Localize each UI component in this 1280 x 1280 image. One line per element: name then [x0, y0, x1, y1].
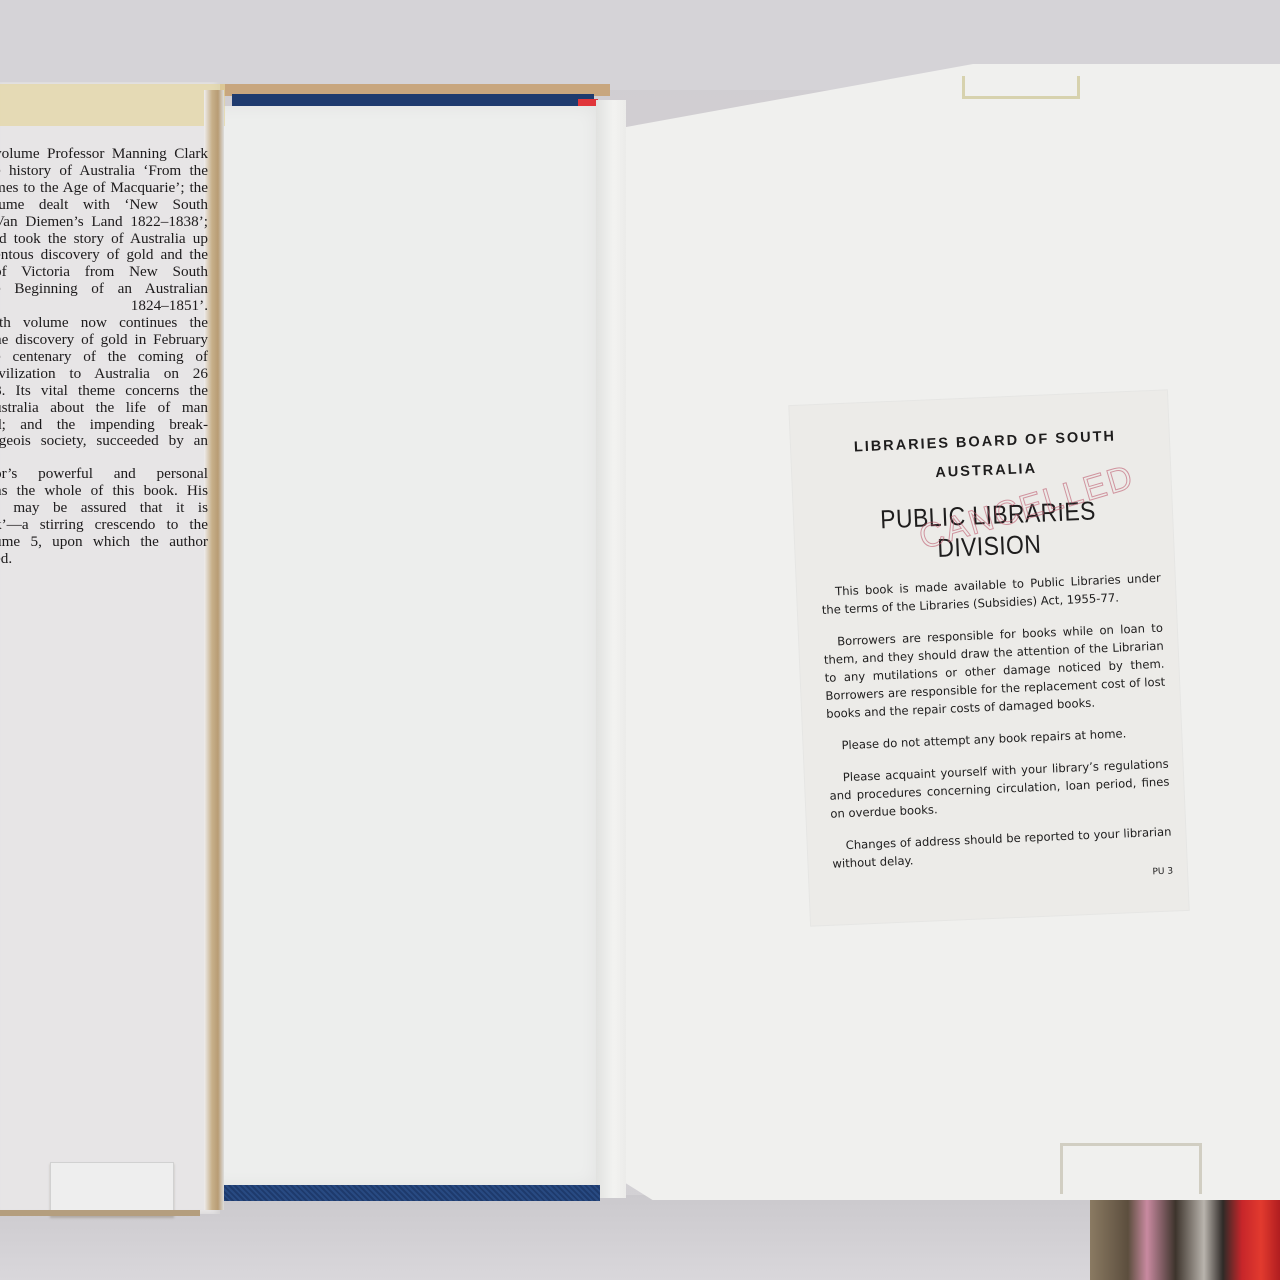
flap-line: rth volume now continues the: [0, 315, 208, 332]
flap-line: ivilization to Australia on 26: [0, 366, 208, 383]
page-hinge: [596, 100, 626, 1198]
slip-paragraph: Please acquaint yourself with your libra…: [828, 755, 1170, 823]
flap-line: ustralia about the life of man: [0, 400, 208, 417]
flap-line: of Victoria from New South: [0, 264, 208, 281]
flap-line: e centenary of the coming of: [0, 349, 208, 366]
slip-paragraph: This book is made available to Public Li…: [821, 569, 1162, 619]
tape-stain-top: [962, 76, 1080, 99]
flap-line: ume 5, upon which the author: [0, 534, 208, 551]
flap-line: e Beginning of an Australian: [0, 281, 208, 298]
tape-bottom: [50, 1162, 174, 1216]
tape-stain-bottom: [1060, 1143, 1202, 1194]
flap-line: . 1824–1851’.: [0, 298, 208, 315]
flap-line: [0, 450, 208, 466]
bookshelf-corner: [1090, 1190, 1280, 1280]
flap-line: 8. Its vital theme concerns the: [0, 383, 208, 400]
flap-line: d; and the impending break-: [0, 417, 208, 434]
flap-line: e history of Australia ‘From the: [0, 163, 208, 180]
flap-line: lume dealt with ‘New South: [0, 197, 208, 214]
slip-paragraph: Changes of address should be reported to…: [831, 823, 1172, 873]
flap-blurb: volume Professor Manning Clarke history …: [0, 146, 208, 568]
flap-line: volume Professor Manning Clark: [0, 146, 208, 163]
flap-line: or’s powerful and personal: [0, 466, 208, 483]
slip-paragraphs: This book is made available to Public Li…: [821, 569, 1173, 873]
cloth-binding-bottom: [198, 1185, 600, 1201]
cloth-binding-top: [232, 94, 594, 106]
flap-line: s may be assured that it is: [0, 500, 208, 517]
slip-paragraph: Please do not attempt any book repairs a…: [827, 723, 1167, 755]
jacket-bottom-edge: [0, 1210, 200, 1216]
flap-line: ns the whole of this book. His: [0, 483, 208, 500]
flap-line: rd took the story of Australia up: [0, 231, 208, 248]
flap-line: entous discovery of gold and the: [0, 247, 208, 264]
library-slip: LIBRARIES BOARD OF SOUTH AUSTRALIA PUBLI…: [789, 390, 1188, 925]
flap-line: mes to the Age of Macquarie’; the: [0, 180, 208, 197]
flap-line: Van Diemen’s Land 1822–1838’;: [0, 214, 208, 231]
flap-line: rgeois society, succeeded by an: [0, 433, 208, 450]
flap-line: k’—a stirring crescendo to the: [0, 517, 208, 534]
flap-line: ed.: [0, 551, 208, 568]
flap-line: he discovery of gold in February: [0, 332, 208, 349]
slip-paragraph: Borrowers are responsible for books whil…: [823, 619, 1166, 723]
tape-top: [0, 84, 225, 126]
pastedown-page: [222, 106, 610, 1186]
